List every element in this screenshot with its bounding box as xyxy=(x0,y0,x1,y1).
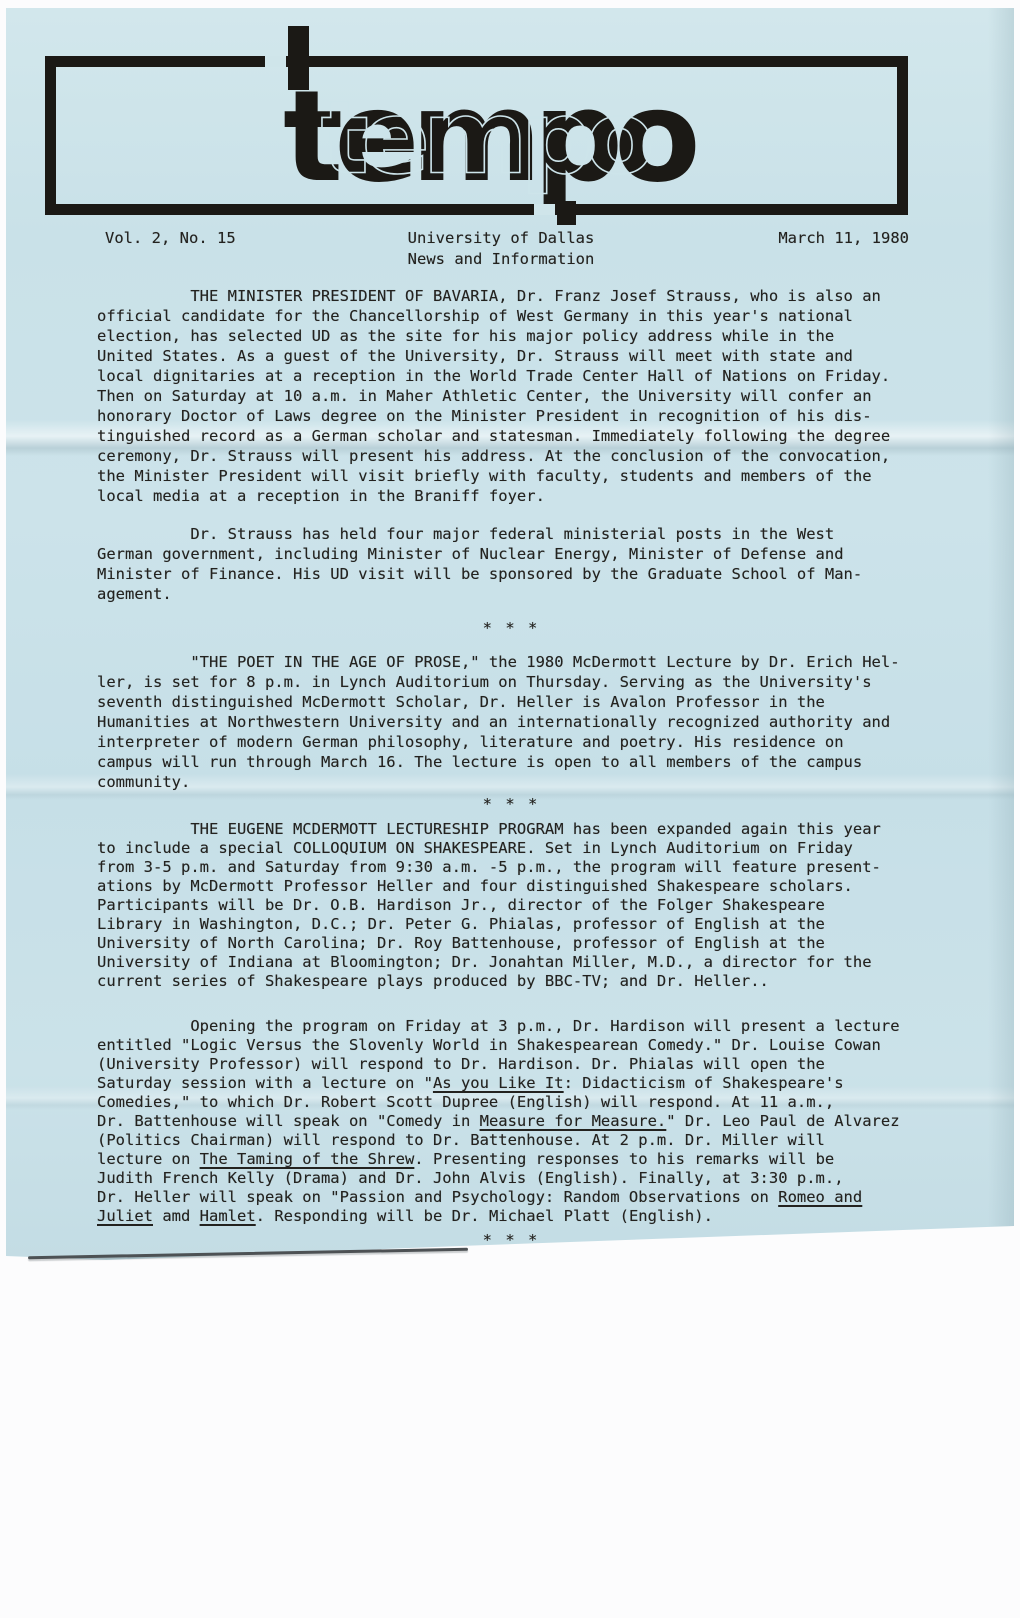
issue-date: March 11, 1980 xyxy=(778,228,909,249)
logo-border-gap-bottom xyxy=(534,204,555,215)
organization-name: University of Dallas xyxy=(408,228,595,249)
article-strauss-background: Dr. Strauss has held four major federal … xyxy=(97,524,925,604)
section-separator-stars: * * * xyxy=(97,794,925,814)
volume-number: Vol. 2, No. 15 xyxy=(105,228,236,249)
logo-p-descender xyxy=(557,201,576,225)
section-separator-stars: * * * xyxy=(97,1230,925,1250)
tempo-logo: tempo tempo xyxy=(56,74,897,214)
section-separator-stars: * * * xyxy=(97,618,925,638)
logo-border-gap-top xyxy=(265,56,286,67)
newsletter-body: Vol. 2, No. 15 University of Dallas News… xyxy=(97,228,925,1250)
logo-t-ascender xyxy=(288,26,309,90)
scanned-newsletter: tempo tempo Vol. 2, No. 15 University of… xyxy=(0,0,1020,1618)
tempo-logo-box: tempo tempo xyxy=(45,56,908,215)
masthead: Vol. 2, No. 15 University of Dallas News… xyxy=(97,228,925,270)
paper-edge-shading xyxy=(988,8,1014,1228)
article-colloquium-schedule: Opening the program on Friday at 3 p.m.,… xyxy=(97,1017,925,1226)
tempo-logo-inline-stroke: tempo xyxy=(321,88,648,189)
article-mcdermott-lecture: "THE POET IN THE AGE OF PROSE," the 1980… xyxy=(97,652,925,792)
article-bavaria-visit: THE MINISTER PRESIDENT OF BAVARIA, Dr. F… xyxy=(97,286,925,506)
article-shakespeare-colloquium: THE EUGENE MCDERMOTT LECTURESHIP PROGRAM… xyxy=(97,820,925,991)
masthead-center: University of Dallas News and Informatio… xyxy=(408,228,595,270)
newsletter-page: tempo tempo Vol. 2, No. 15 University of… xyxy=(6,8,1014,1270)
masthead-subtitle: News and Information xyxy=(408,249,595,270)
